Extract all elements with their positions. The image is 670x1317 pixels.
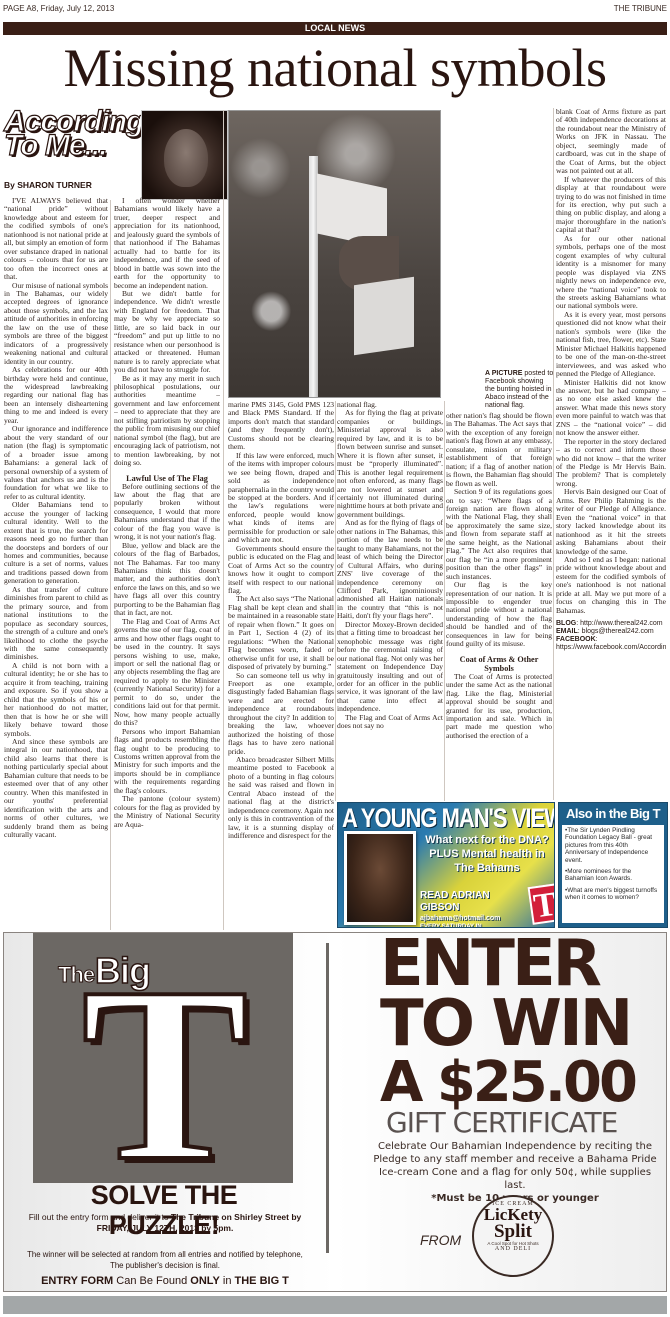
paragraph: As for our other national symbols, perha… — [556, 235, 666, 311]
article-column-4: national flag. As for flying the flag at… — [337, 401, 443, 798]
article-column-1: I'VE ALWAYS believed that “national prid… — [4, 197, 108, 932]
big-t-big: Big — [95, 950, 150, 992]
tribune-t-logo: T — [528, 883, 555, 925]
byline: By SHARON TURNER — [4, 180, 92, 190]
young-mans-view-promo: A YOUNG MAN'S VIEW What next for the DNA… — [337, 802, 555, 928]
list-item: The Sir Lynden Pindling Foundation Legac… — [565, 827, 661, 864]
columnist-photo — [344, 831, 416, 925]
blog-link[interactable]: BLOG: http://www.thereal242.com — [556, 620, 666, 628]
paragraph: If this law were enforced, much of the i… — [228, 452, 334, 545]
paragraph: The reporter in the story declared – as … — [556, 438, 666, 489]
paragraph: I'VE ALWAYS believed that “national prid… — [4, 197, 108, 282]
author-contact: BLOG: http://www.thereal242.com EMAIL: b… — [556, 620, 666, 652]
column-rule — [335, 401, 336, 801]
also-in-list: The Sir Lynden Pindling Foundation Legac… — [562, 825, 664, 923]
paragraph: Our ignorance and indifference about the… — [4, 425, 108, 501]
paragraph: The pantone (colour system) colours for … — [114, 795, 220, 829]
paragraph: blank Coat of Arms fixture as part of 40… — [556, 108, 666, 176]
paragraph: Our misuse of national symbols in The Ba… — [4, 282, 108, 367]
promo-title: A YOUNG MAN'S VIEW — [342, 803, 555, 834]
ad-divider — [326, 943, 329, 1253]
author-photo — [141, 110, 228, 200]
also-in-title: Also in the Big T — [559, 803, 667, 825]
paragraph: marine PMS 3145, Gold PMS 123 and Black … — [228, 401, 334, 452]
column-logo: According To Me... — [4, 110, 140, 160]
paragraph: The Flag and Coat of Arms Act governs th… — [114, 618, 220, 728]
big-t-letter: T — [50, 960, 280, 1190]
paragraph: And as for the flying of flags of other … — [337, 519, 443, 620]
article-column-3: marine PMS 3145, Gold PMS 123 and Black … — [228, 401, 334, 931]
paragraph: Hervis Bain designed our Coat of Arms. R… — [556, 488, 666, 556]
article-column-2: I often wonder whether Bahamians would l… — [114, 197, 220, 932]
paragraph: Our flag is the key representation of ou… — [446, 581, 552, 649]
lickety-split-logo: ICE CREAM LicKety Split A Cool Spot for … — [472, 1195, 554, 1277]
paragraph: As celebrations for our 40th birthday we… — [4, 366, 108, 425]
paragraph: The Flag and Coat of Arms Act does not s… — [337, 714, 443, 731]
sponsor-from-label: FROM — [420, 1232, 461, 1248]
list-item: More nominees for the Bahamian Icon Awar… — [565, 868, 661, 883]
bottom-band — [3, 1296, 667, 1314]
entry-form-note: ENTRY FORM Can Be Found ONLY in THE BIG … — [10, 1275, 320, 1287]
article-headline: Missing national symbols — [0, 36, 670, 100]
paragraph: Older Bahamians tend to accuse the young… — [4, 501, 108, 586]
page-folio-date: PAGE A8, Friday, July 12, 2013 — [3, 4, 114, 13]
article-column-5: other nation's flag should be flown in T… — [446, 412, 552, 798]
article-column-6: blank Coat of Arms fixture as part of 40… — [556, 108, 666, 798]
publication-name: THE TRIBUNE — [614, 4, 667, 13]
also-in-big-t-promo: Also in the Big T The Sir Lynden Pindlin… — [558, 802, 668, 928]
column-rule — [110, 200, 111, 930]
paragraph: Blue, yellow and black are the colours o… — [114, 542, 220, 618]
big-t-the: The — [58, 962, 94, 988]
puzzle-instructions: Fill out the entry form and deliver it t… — [20, 1212, 310, 1234]
column-rule — [223, 110, 224, 930]
photo-caption: A PICTURE posted to Facebook showing the… — [485, 370, 555, 410]
paragraph: Be as it may any merit in such philosoph… — [114, 375, 220, 468]
paragraph: As that transfer of culture diminishes f… — [4, 586, 108, 662]
paragraph: But we didn't battle for independence. W… — [114, 290, 220, 375]
paragraph: So can someone tell us why in Freeport a… — [228, 672, 334, 757]
paragraph: And since these symbols are integral in … — [4, 738, 108, 839]
section-banner: LOCAL NEWS — [3, 22, 667, 35]
list-item: What are men's biggest turnoffs when it … — [565, 887, 661, 902]
paragraph: other nation's flag should be flown in T… — [446, 412, 552, 488]
paragraph: As it is every year, most persons questi… — [556, 311, 666, 379]
promo-teaser: What next for the DNA? PLUS Mental healt… — [420, 833, 554, 875]
paragraph: Governments should ensure the public is … — [228, 545, 334, 596]
subheading-coat-of-arms: Coat of Arms & Other Symbols — [446, 655, 552, 673]
paragraph: A child is not born with a cultural iden… — [4, 662, 108, 738]
promo-read-info: READ ADRIAN GIBSON ajbahama@hotmail.com … — [420, 890, 530, 928]
paragraph: The Act also says “The National Flag sha… — [228, 595, 334, 671]
paragraph: The Coat of Arms is protected under the … — [446, 673, 552, 741]
paragraph: Minister Halkitis did not know the answe… — [556, 379, 666, 438]
column-rule — [553, 108, 554, 800]
paragraph: And so I end as I began: national pride … — [556, 556, 666, 615]
paragraph: Before outlining sections of the law abo… — [114, 483, 220, 542]
paragraph: I often wonder whether Bahamians would l… — [114, 197, 220, 290]
email-link[interactable]: EMAIL: blogs@thereal242.com — [556, 628, 666, 636]
facebook-link[interactable]: FACEBOOK: https://www.facebook.com/Accor… — [556, 636, 666, 652]
gift-certificate-label: GIFT CERTIFICATE — [386, 1108, 617, 1138]
paragraph: If whatever the producers of this displa… — [556, 176, 666, 235]
flag-bunting-photo — [228, 110, 441, 398]
paragraph: Section 9 of its regulations goes on to … — [446, 488, 552, 581]
paragraph: Persons who import Bahamian flags and pr… — [114, 728, 220, 796]
paragraph: Abaco broadcaster Silbert Mills meantime… — [228, 756, 334, 841]
puzzle-winner-note: The winner will be selected at random fr… — [20, 1250, 310, 1271]
paragraph: As for flying the flag at private compan… — [337, 409, 443, 519]
column-rule — [444, 401, 445, 801]
paragraph: Director Moxey-Brown decided that a fitt… — [337, 621, 443, 714]
enter-to-win-headline: ENTER TO WIN A $25.00 — [380, 934, 660, 1112]
